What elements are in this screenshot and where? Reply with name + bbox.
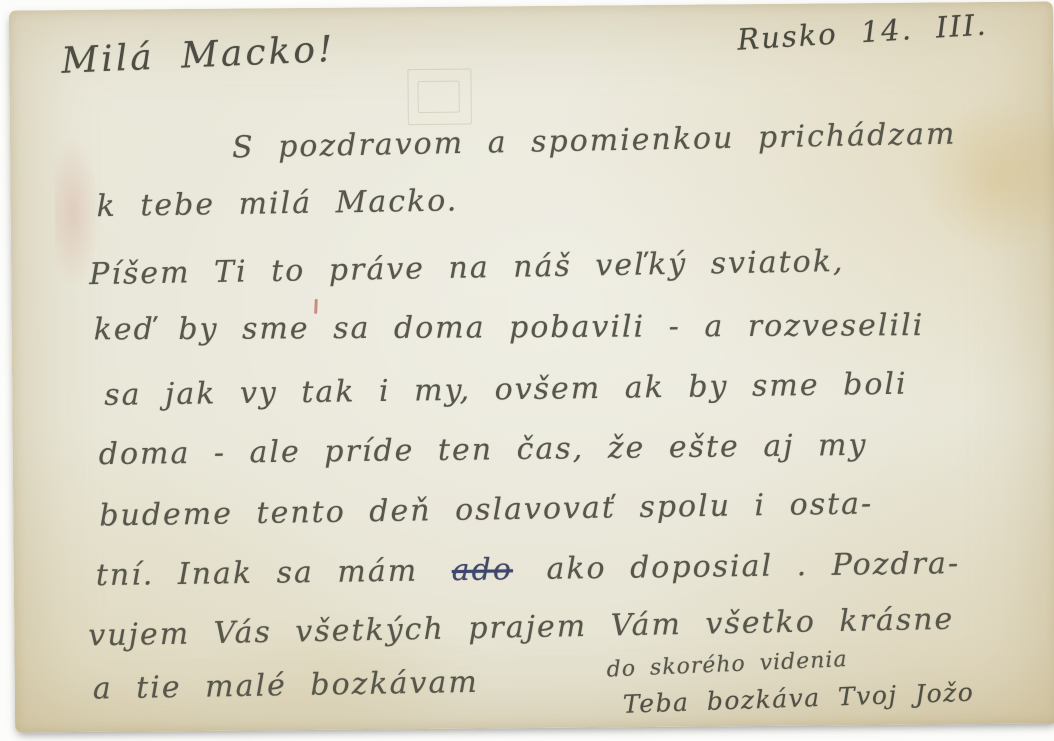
body-line-3: Píšem Ti to práve na náš veľký sviatok, <box>89 244 845 292</box>
struck-out-word: ado <box>451 552 513 588</box>
body-line-10: a tie malé bozkávam <box>92 665 479 707</box>
postcard-paper: Milá Macko! Rusko 14. III. S pozdravom a… <box>9 1 1054 732</box>
body-line-8-pre: tní. Inak sa mám <box>96 554 419 593</box>
greeting: Milá Macko! <box>61 29 337 82</box>
body-line-4: keď by sme sa doma pobavili - a rozvesel… <box>94 308 925 347</box>
body-line-8: tní. Inak sa mám ado ako doposial . Pozd… <box>96 546 961 593</box>
body-line-9: vujem Vás všetkých prajem Vám všetko krá… <box>88 602 955 654</box>
postcard-scan: Milá Macko! Rusko 14. III. S pozdravom a… <box>0 0 1054 741</box>
body-line-2: k tebe milá Macko. <box>96 183 458 224</box>
inserted-phrase: do skorého videnia <box>606 647 848 682</box>
signature: Teba bozkáva Tvoj Jožo <box>623 678 975 719</box>
body-line-6: doma - ale príde ten čas, že ešte aj my <box>99 428 868 472</box>
body-line-8-post: ako doposial . Pozdra- <box>546 546 960 587</box>
body-line-7: budeme tento deň oslavovať spolu i osta- <box>99 486 873 533</box>
body-line-5: sa jak vy tak i my, ovšem ak by sme boli <box>104 367 908 413</box>
embossed-square-inner <box>417 81 459 113</box>
body-line-1: S pozdravom a spomienkou prichádzam <box>232 117 957 166</box>
dateline: Rusko 14. III. <box>736 8 988 57</box>
